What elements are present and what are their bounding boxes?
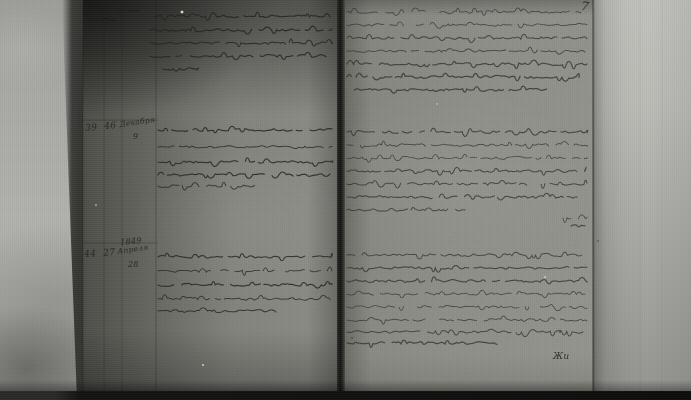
bottom-shadow (0, 380, 691, 391)
token-entry2-month: Декабря (119, 116, 156, 128)
manuscript-scan: 73946Декабря918494427Апреля28Жи (0, 0, 691, 400)
tokens-layer: 73946Декабря918494427Апреля28Жи (0, 0, 691, 400)
token-entry2-day: 9 (133, 133, 138, 141)
token-entry3-no: 44 (84, 250, 97, 260)
token-page-number: 7 (580, 0, 590, 13)
token-entry3-jno: 27 (103, 249, 116, 259)
token-catchword: Жи (553, 353, 570, 362)
bottom-black-strip (0, 391, 691, 400)
token-entry2-jno: 46 (104, 122, 117, 132)
token-entry2-no: 39 (85, 124, 98, 134)
token-entry3-day: 28 (128, 261, 139, 269)
token-entry3-month: Апреля (117, 244, 149, 256)
